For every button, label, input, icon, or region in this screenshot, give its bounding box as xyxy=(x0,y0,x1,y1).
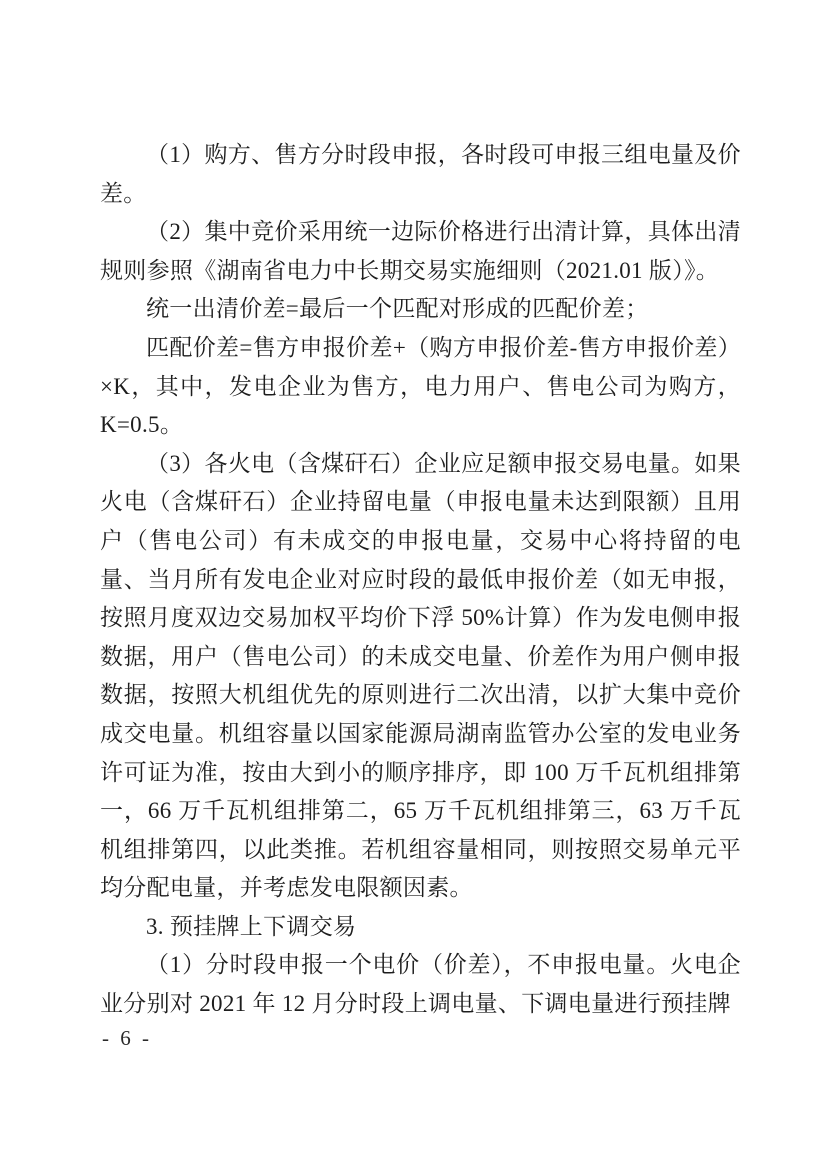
scan-page-body: { "document": { "paragraphs": [ { "text"… xyxy=(0,0,818,1157)
paragraph-matching-price-formula: 匹配价差=售方申报价差+（购方申报价差-售方申报价差）×K，其中，发电企业为售方… xyxy=(100,329,741,445)
paragraph-unified-clearing-price-formula: 统一出清价差=最后一个匹配对形成的匹配价差； xyxy=(100,290,741,329)
page-number: - 6 - xyxy=(102,1026,152,1051)
paragraph-clearing-calculation: （2）集中竞价采用统一边际价格进行出清计算，具体出清规则参照《湖南省电力中长期交… xyxy=(100,213,741,290)
paragraph-price-declaration-per-period: （1）分时段申报一个电价（价差），不申报电量。火电企业分别对 2021 年 12… xyxy=(100,946,741,1023)
paragraph-thermal-power-declaration-rules: （3）各火电（含煤矸石）企业应足额申报交易电量。如果火电（含煤矸石）企业持留电量… xyxy=(100,445,741,908)
document-body: （1）购方、售方分时段申报，各时段可申报三组电量及价差。 （2）集中竞价采用统一… xyxy=(100,136,741,1024)
heading-pre-listing-adjustment-trading: 3. 预挂牌上下调交易 xyxy=(100,908,741,947)
paragraph-buyer-seller-declaration: （1）购方、售方分时段申报，各时段可申报三组电量及价差。 xyxy=(100,136,741,213)
document-page: （1）购方、售方分时段申报，各时段可申报三组电量及价差。 （2）集中竞价采用统一… xyxy=(0,0,818,1157)
